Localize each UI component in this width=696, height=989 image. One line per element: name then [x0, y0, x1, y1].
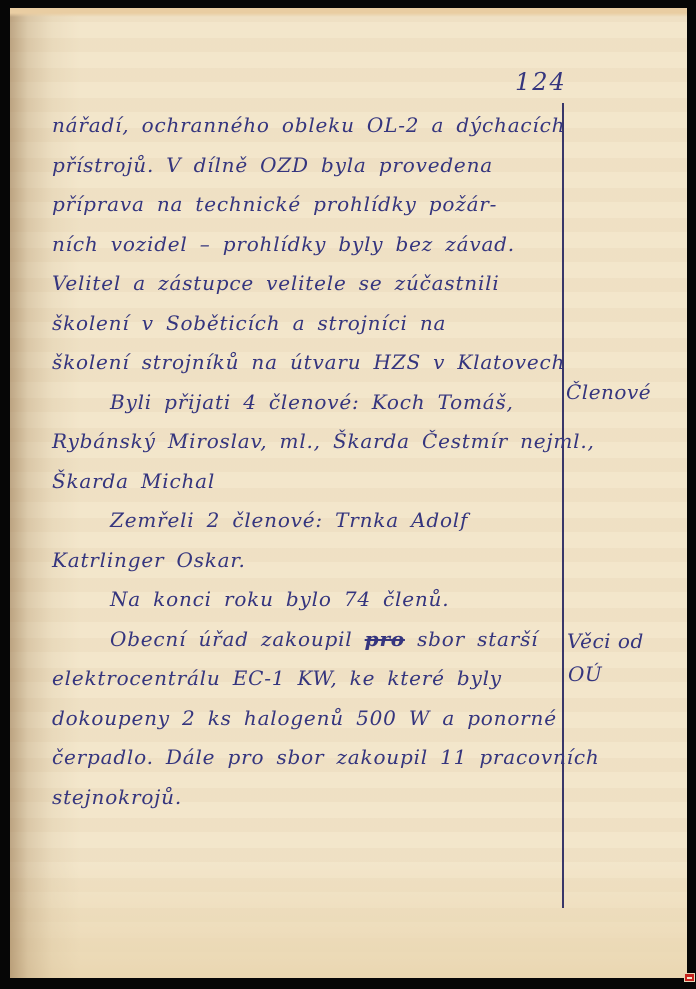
margin-note-text: Členové	[566, 380, 651, 404]
red-scan-artifact	[684, 973, 695, 982]
handwritten-line: nářadí, ochranného obleku OL-2 a dýchací…	[52, 106, 568, 146]
handwritten-line: ních vozidel – prohlídky byly bez závad.	[52, 225, 568, 265]
handwritten-line: dokoupeny 2 ks halogenů 500 W a ponorné	[52, 699, 568, 739]
page-number: 124	[515, 68, 567, 96]
handwritten-line: Rybánský Miroslav, ml., Škarda Čestmír n…	[52, 422, 568, 462]
line-segment: Obecní úřad zakoupil	[110, 627, 353, 651]
handwritten-line: příprava na technické prohlídky požár-	[52, 185, 568, 225]
handwritten-line: Škarda Michal	[52, 462, 568, 502]
margin-note-items-from-office: Věci od OÚ	[567, 629, 644, 686]
handwritten-line: školení v Soběticích a strojníci na	[52, 304, 568, 344]
handwriting-block: nářadí, ochranného obleku OL-2 a dýchací…	[52, 106, 568, 817]
margin-note-text: Věci od	[567, 629, 644, 653]
handwritten-line: Na konci roku bylo 74 členů.	[52, 580, 568, 620]
margin-note-members: Členové	[566, 380, 651, 404]
handwritten-line: elektrocentrálu EC-1 KW, ke které byly	[52, 659, 568, 699]
struck-word: pro	[365, 627, 405, 651]
handwritten-line: Zemřeli 2 členové: Trnka Adolf	[52, 501, 568, 541]
handwritten-line-with-strikeout: Obecní úřad zakoupil pro sbor starší	[52, 620, 568, 660]
handwritten-line: Katrlinger Oskar.	[52, 541, 568, 581]
handwritten-line: školení strojníků na útvaru HZS v Klatov…	[52, 343, 568, 383]
handwritten-line: Velitel a zástupce velitele se zúčastnil…	[52, 264, 568, 304]
margin-note-text: OÚ	[568, 662, 644, 686]
handwritten-line: čerpadlo. Dále pro sbor zakoupil 11 prac…	[52, 738, 568, 778]
scanned-page: 124 nářadí, ochranného obleku OL-2 a dýc…	[0, 0, 696, 989]
handwritten-line: Byli přijati 4 členové: Koch Tomáš,	[52, 383, 568, 423]
paper-page: 124 nářadí, ochranného obleku OL-2 a dýc…	[10, 8, 687, 978]
handwritten-line: přístrojů. V dílně OZD byla provedena	[52, 146, 568, 186]
handwritten-line: stejnokrojů.	[52, 778, 568, 818]
line-segment: sbor starší	[417, 627, 538, 651]
